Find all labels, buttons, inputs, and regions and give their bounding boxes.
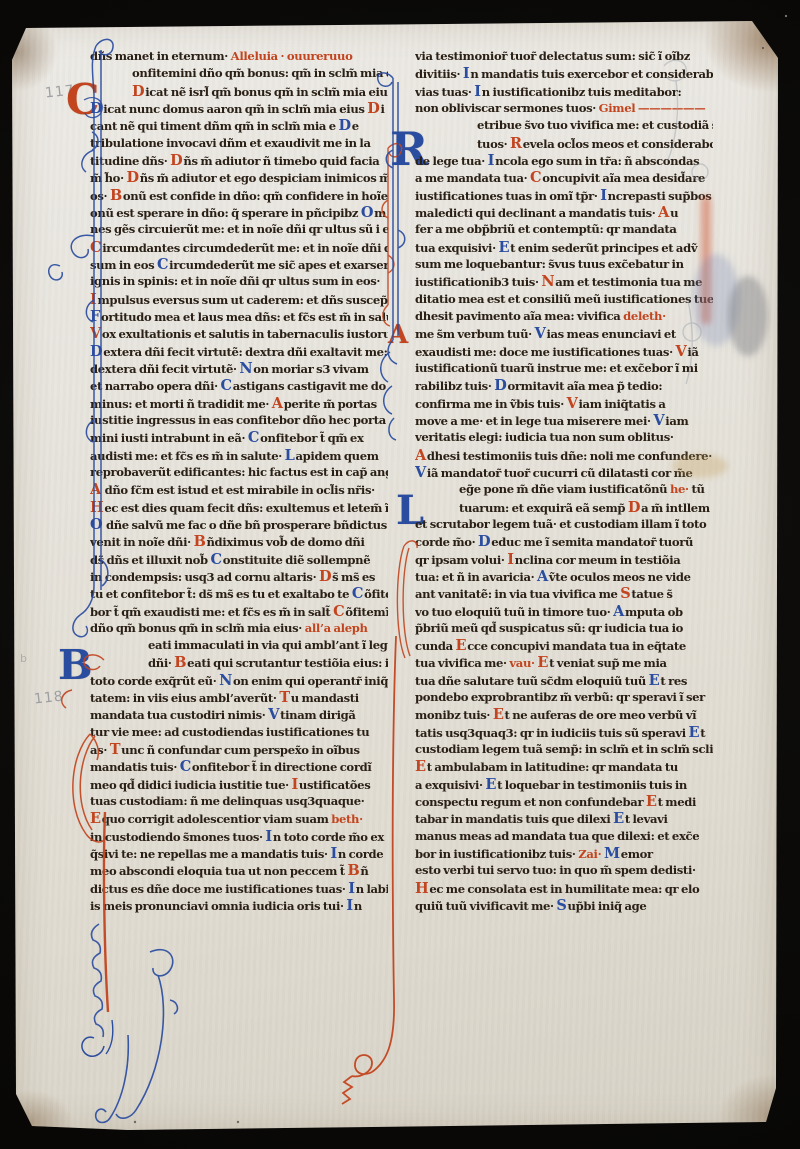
text-line: O dñe salvũ me fac o dñe bñ prosperare b… [90, 516, 388, 533]
text-line: tu et confitebor t̃: ds̃ ms̃ es tu et ex… [90, 585, 388, 602]
text-segment: dictus es dñe doce me iustificationes tu… [90, 882, 348, 896]
text-line: tabar in mandatis tuis que dilexi Et lev… [415, 810, 713, 827]
text-segment: mputa ob [625, 605, 683, 619]
text-line: quiũ tuũ vivificavit me· Sup̃bi iniq̃ ag… [415, 897, 713, 914]
red-initial-letter: E [455, 637, 467, 654]
text-segment: icat nunc domus aaron qm̃ in sclm̃ mia e… [103, 102, 367, 116]
text-segment: cant nẽ qui timent dñm qm̃ in sclm̃ mia … [90, 119, 338, 133]
text-segment: venit in noĩe dñi· [90, 535, 194, 549]
text-segment: ec est dies quam fecit dñs: exultemus et… [104, 501, 388, 515]
text-line: a me mandata tua· Concupivit aĩa mea des… [415, 169, 713, 186]
text-line: eg̃e pone m̃ dñe viam iustificatõnũ he· … [415, 481, 713, 498]
red-initial-letter: D [170, 152, 183, 169]
text-segment: tatis usq3quaq3: qr in iudiciis tuis sũ … [415, 726, 689, 740]
text-segment: õfite [364, 587, 388, 601]
text-segment: mandatis tuis· [90, 760, 180, 774]
text-segment: p̃briũ meũ qd̃ suspicatus sũ: qr iudicia… [415, 621, 683, 635]
blue-initial-letter: C [352, 585, 364, 602]
blue-initial-letter: C [211, 551, 223, 568]
text-segment: iã mandator̃ tuor̃ cucurri cũ dilatasti … [427, 466, 693, 480]
text-segment: perite m̃ portas [284, 397, 377, 411]
rubric-text: deleth· [623, 309, 666, 323]
text-line: as· Tunc ñ confundar cum perspex̃o in oĩ… [90, 741, 388, 758]
text-segment: dñe salvũ me fac o dñe bñ prosperare bñd… [103, 518, 388, 532]
text-segment: dño fc̃m est istud et est mirabile in oc… [102, 483, 375, 497]
text-line: m̃ h̃o· Dñs m̃ adiutor et ego despiciam … [90, 169, 388, 186]
text-line: in custodiendo s̃mones tuos· In toto cor… [90, 828, 388, 845]
blue-initial-letter: V [653, 412, 665, 429]
text-segment: ṽte oculos meos ne vide [549, 570, 691, 584]
text-line: rabilibz tuis· Dormitavit aĩa mea p̃ ted… [415, 377, 713, 394]
text-line: bor t̃ qm̃ exaudisti me: et fc̃s es m̃ i… [90, 603, 388, 620]
text-segment: vias tuas· [415, 85, 474, 99]
red-initial-letter: A [415, 447, 427, 464]
text-segment: ncola ego sum in tr̃a: ñ abscondas [495, 154, 699, 168]
text-line: move a me· et in lege tua miserere mei· … [415, 412, 713, 429]
text-line: tua exquisivi· Et enim sederũt principes… [415, 239, 713, 256]
text-line: tua: et ñ in avaricia· Aṽte oculos meos … [415, 568, 713, 585]
red-initial-letter: I [507, 551, 514, 568]
red-initial-letter: E [415, 758, 427, 775]
text-segment: ñs m̃ adiutor ñ timebo quid facia [183, 154, 379, 168]
text-segment: in condempsis: usq3 ad cornu altaris· [90, 570, 319, 584]
text-line: Fortitudo mea et laus mea dñs: et fc̃s e… [90, 308, 388, 325]
blue-initial-letter: O [361, 204, 374, 221]
text-line: Et ambulabam in latitudine: qr mandata t… [415, 758, 713, 775]
text-segment: maledicti qui declinant a mandatis tuis· [415, 206, 658, 220]
text-line: via testimonior̃ tuor̃ delectatus sum: s… [415, 48, 713, 65]
rubric-text: all’a aleph [305, 621, 368, 635]
text-segment: exaudisti me: doce me iustificationes tu… [415, 345, 675, 359]
text-segment: ignis in spinis: et in noĩe dñi qr ultus… [90, 274, 380, 288]
text-segment: m [374, 206, 386, 220]
text-segment: divitiis· [415, 67, 463, 81]
text-segment: õfitemĩ [345, 605, 388, 619]
text-segment: iustitie ingressus in eas confitebor dño… [90, 413, 388, 427]
text-segment: dñi· [148, 656, 174, 670]
text-line: qr ipsam volui· Inclina cor meum in test… [415, 551, 713, 568]
text-segment: titudine dñs· [90, 154, 170, 168]
text-line: minus: et morti ñ tradidit me· Aperite m… [90, 395, 388, 412]
text-segment: quo corrigit adolescentior viam suam [102, 812, 332, 826]
text-segment: toto corde exq̃rũt eũ· [90, 674, 219, 688]
red-initial-letter: V [567, 395, 579, 412]
text-line: sum me loquebantur: s̃vus tuus exc̃ebatu… [415, 256, 713, 273]
rubric-text: he· [670, 482, 691, 496]
text-segment: corde m̃o· [415, 535, 478, 549]
text-segment: n labi [356, 882, 388, 896]
text-segment: veritatis elegi: iudicia tua non sum obl… [415, 430, 674, 444]
text-line: conspectu regum et non confundebar Et me… [415, 793, 713, 810]
text-segment: dhesit pavimento aĩa mea: vivifica [415, 309, 623, 323]
blue-initial-letter: M [604, 845, 621, 862]
text-segment: tuas custodiam: ñ me delinquas usq3quaqu… [90, 794, 364, 808]
text-segment: dño qm̃ bonus qm̃ in sclm̃ mia eius· [90, 621, 305, 635]
text-line: A dño fc̃m est istud et est mirabile in … [90, 481, 388, 498]
text-segment: qr ipsam volui· [415, 553, 507, 567]
text-line: onũ est sperare in dño: q̃ sperare in pñ… [90, 204, 388, 221]
text-line: a exquisivi· Et loquebar in testimoniis … [415, 776, 713, 793]
text-line: vias tuas· In iustificationibz tuis medi… [415, 83, 713, 100]
text-segment: mpulsus eversus sum ut caderem: et dñs s… [97, 293, 388, 307]
text-segment: up̃bi iniq̃ age [568, 899, 647, 913]
text-segment: ias meas enunciavi et [546, 327, 675, 341]
red-initial-letter: E [493, 706, 505, 723]
illuminated-initial-B: B [58, 648, 93, 683]
text-segment: move a me· et in lege tua miserere mei· [415, 414, 653, 428]
text-segment: tatue s̃ [631, 587, 672, 601]
blue-initial-letter: A [537, 568, 549, 585]
red-initial-letter: D [319, 568, 332, 585]
text-segment: iustificationes tuas in omĩ tp̃r· [415, 189, 600, 203]
pencil-folio-number-lower: 118 [33, 688, 64, 707]
text-line: mini iusti intrabunt in eã· Confitebor t… [90, 429, 388, 446]
text-line: p̃briũ meũ qd̃ suspicatus sũ: qr iudicia… [415, 620, 713, 637]
text-line: tribulatione invocavi dñm et exaudivit m… [90, 135, 388, 152]
text-segment: apidem quem [296, 449, 379, 463]
text-line: sum in eos Circumdederũt me sic̃ apes et… [90, 256, 388, 273]
text-line: fer a me obp̃briũ et contemptũ: qr manda… [415, 221, 713, 238]
text-line: tuos· Revela ocl̃os meos et considerabo … [415, 135, 713, 152]
red-initial-letter: H [90, 499, 104, 516]
text-segment: a m̃ intllem [641, 501, 710, 515]
illuminated-initial-A: A [388, 324, 408, 346]
text-line: dextera dñi fecit virtutẽ· Non moriar s3… [90, 360, 388, 377]
text-segment: extera dñi fecit virtutẽ: dextra dñi exa… [103, 345, 387, 359]
text-segment: t loquebar in testimoniis tuis in [497, 778, 687, 792]
blue-initial-letter: I [474, 83, 481, 100]
text-line: eati immaculati in via qui ambl’ant ĩ le… [90, 637, 388, 654]
rubric-text: Gimel —————— [599, 101, 706, 115]
text-line: Adhesi testimoniis tuis dñe: noli me con… [415, 447, 713, 464]
text-segment: icat nẽ isrl̃ qm̃ bonus qm̃ in sclm̃ mia… [145, 85, 388, 99]
red-initial-letter: B [194, 533, 207, 550]
text-line: meo abscondi eloquia tua ut non peccem t… [90, 862, 388, 879]
blue-initial-letter: O [90, 516, 103, 533]
text-line: iustitie ingressus in eas confitebor dño… [90, 412, 388, 429]
red-initial-letter: D [628, 499, 641, 516]
text-segment: nclina cor meum in testiõia [515, 553, 681, 567]
red-initial-letter: S [620, 585, 631, 602]
text-segment: t res [660, 674, 687, 688]
text-column-left: dñs manet in eternum· Alleluia · ouureru… [90, 48, 388, 914]
red-initial-letter: E [90, 810, 102, 827]
rubric-text: Alleluia · ouureruuo [231, 49, 353, 63]
text-segment: iam iniq̃tatis a [579, 397, 666, 411]
text-segment: nes gẽs circuierũt me: et in noĩe dñi qr… [90, 222, 388, 236]
text-segment: educ me ĩ semita mandator̃ tuorũ [491, 535, 693, 549]
text-segment: oncupivit aĩa mea desid̃are [542, 171, 705, 185]
text-line: corde m̃o· Deduc me ĩ semita mandator̃ t… [415, 533, 713, 550]
text-segment: ec me consolata est in humilitate mea: q… [429, 882, 699, 896]
text-line: Dextera dñi fecit virtutẽ: dextra dñi ex… [90, 343, 388, 360]
text-segment: tu et confitebor t̃: ds̃ ms̃ es tu et ex… [90, 587, 352, 601]
text-line: tuarum: et exquirã eã semp̃ Da m̃ intlle… [415, 499, 713, 516]
text-segment: cunda [415, 639, 455, 653]
text-line: ignis in spinis: et in noĩe dñi qr ultus… [90, 273, 388, 290]
text-segment: mini iusti intrabunt in eã· [90, 431, 248, 445]
blue-initial-letter: D [478, 533, 491, 550]
text-segment: ircumdantes circumdederũt me: et in noĩe… [102, 241, 388, 255]
text-line: dñi· Beati qui scrutantur testiõia eius:… [90, 654, 388, 671]
text-segment: iustificationũ tuarũ instrue me: et exc̃… [415, 361, 698, 375]
text-line: iustificationũ tuarũ instrue me: et exc̃… [415, 360, 713, 377]
text-line: os· Bonũ est confide in dño: qm̃ confide… [90, 187, 388, 204]
text-segment: cce concupivi mandata tua in eq̃tate [467, 639, 686, 653]
text-segment: meo qd̃ didici iudicia iustitie tue· [90, 778, 291, 792]
text-segment: tua exquisivi· [415, 241, 498, 255]
text-segment: tinam dirigã [280, 708, 355, 722]
blue-initial-letter: I [488, 152, 495, 169]
text-line: Hec est dies quam fecit dñs: exultemus e… [90, 499, 388, 516]
text-line: titudine dñs· Dñs m̃ adiutor ñ timebo qu… [90, 152, 388, 169]
blue-initial-letter: E [649, 672, 661, 689]
text-segment: iam [665, 414, 688, 428]
text-line: q̃sivi te: ne repellas me a mandatis tui… [90, 845, 388, 862]
text-segment: dhesi testimoniis tuis dñe: noli me conf… [427, 449, 712, 463]
text-segment: esto verbi tui servo tuo: in quo m̃ spem… [415, 863, 696, 877]
text-line: tur vie mee: ad custodiendas iustificati… [90, 724, 388, 741]
text-line: divitiis· In mandatis tuis exercebor et … [415, 65, 713, 82]
red-initial-letter: C [333, 603, 345, 620]
text-segment: e [352, 119, 359, 133]
text-segment: rabilibz tuis· [415, 379, 494, 393]
text-line: reprobaverũt edificantes: hic factus est… [90, 464, 388, 481]
red-initial-letter: C [90, 239, 102, 256]
text-segment: ustificatões [299, 778, 370, 792]
text-segment: i [381, 102, 385, 116]
blue-initial-letter: E [485, 776, 497, 793]
text-segment: me s̃m verbum tuũ· [415, 327, 535, 341]
text-line: Hec me consolata est in humilitate mea: … [415, 880, 713, 897]
blue-initial-letter: D [90, 343, 103, 360]
blue-initial-letter: D [90, 100, 103, 117]
text-segment: sum me loquebantur: s̃vus tuus exc̃ebatu… [415, 257, 684, 271]
text-segment: on enim qui operantr̃ iniq̃ [233, 674, 388, 688]
text-segment: m̃ h̃o· [90, 171, 126, 185]
text-segment: tatem: in viis eius ambl’averũt· [90, 691, 279, 705]
red-initial-letter: T [279, 689, 290, 706]
text-line: cant nẽ qui timent dñm qm̃ in sclm̃ mia … [90, 117, 388, 134]
blue-initial-letter: N [219, 672, 233, 689]
text-segment: t [700, 726, 705, 740]
text-segment: onfitebor t̃ in directione cordĩ [192, 760, 371, 774]
text-line: pondebo exprobrantibz m̃ verbũ: qr spera… [415, 689, 713, 706]
red-initial-letter: A [272, 395, 284, 412]
text-segment: ortitudo mea et laus mea dñs: et fc̃s es… [101, 310, 388, 324]
blue-initial-letter: D [338, 117, 351, 134]
blue-initial-letter: I [330, 845, 337, 862]
text-line: onfitemini dño qm̃ bonus: qm̃ in sclm̃ m… [90, 65, 388, 82]
text-line: audisti me: et fc̃s es m̃ in salute· Lap… [90, 447, 388, 464]
text-segment: q̃sivi te: ne repellas me a mandatis tui… [90, 847, 330, 861]
text-segment: ñs m̃ adiutor et ego despiciam inimicos … [140, 171, 388, 185]
blue-initial-letter: E [498, 239, 510, 256]
text-segment: t ne auferas de ore meo verbũ vĩ [505, 708, 697, 722]
text-segment: t medi [658, 795, 696, 809]
text-segment: quiũ tuũ vivificavit me· [415, 899, 556, 913]
text-segment: ircumdederũt me sic̃ apes et exarserũt s… [169, 258, 388, 272]
text-line: is meis pronunciavi omnia iudicia oris t… [90, 897, 388, 914]
text-segment: audisti me: et fc̃s es m̃ in salute· [90, 449, 285, 463]
text-line: in condempsis: usq3 ad cornu altaris· Ds… [90, 568, 388, 585]
pencil-small-mark: b [20, 652, 28, 665]
blue-initial-letter: D [494, 377, 507, 394]
text-segment: ant vanitatẽ: in via tua vivifica me [415, 587, 620, 601]
text-segment: confirma me in ṽbis tuis· [415, 397, 567, 411]
red-initial-letter: B [174, 654, 187, 671]
rubric-text: beth· [331, 812, 363, 826]
text-segment: astigans castigavit me do [233, 379, 386, 393]
red-initial-letter: E [646, 793, 658, 810]
text-segment: t enim sederũt principes et adṽ [510, 241, 697, 255]
text-segment: tua: et ñ in avaricia· [415, 570, 537, 584]
text-segment: de lege tua· [415, 154, 488, 168]
text-line: de lege tua· Incola ego sum in tr̃a: ñ a… [415, 152, 713, 169]
text-segment: tũ [691, 482, 704, 496]
rubric-text: vau· [509, 656, 537, 670]
red-initial-letter: D [132, 83, 145, 100]
blue-initial-letter: F [90, 308, 101, 325]
red-initial-letter: A [658, 204, 670, 221]
text-segment: onũ est confide in dño: qm̃ confidere in… [123, 189, 388, 203]
text-segment: tuos· [477, 137, 510, 151]
text-segment: onfitemini dño qm̃ bonus: qm̃ in sclm̃ m… [132, 66, 388, 80]
text-line: mandata tua custodiri nimis· Vtinam diri… [90, 706, 388, 723]
blue-initial-letter: E [689, 724, 701, 741]
text-line: tatem: in viis eius ambl’averũt· Tu mand… [90, 689, 388, 706]
text-segment: n mandatis tuis exercebor et considerabo [470, 67, 713, 81]
red-initial-letter: V [675, 343, 687, 360]
text-line: venit in noĩe dñi· Bñdiximus vob̃ de dom… [90, 533, 388, 550]
text-segment: mandata tua custodiri nimis· [90, 708, 268, 722]
red-initial-letter: B [110, 187, 123, 204]
blue-initial-letter: N [239, 360, 253, 377]
blue-initial-letter: E [613, 810, 625, 827]
red-initial-letter: A [90, 481, 102, 498]
text-segment: ditatio mea est et consiliũ meũ iustific… [415, 292, 713, 306]
text-segment: tuarum: et exquirã eã semp̃ [459, 501, 628, 515]
text-segment: t ambulabam in latitudine: qr mandata tu [427, 760, 678, 774]
text-segment: ñdiximus vob̃ de domo dñi [206, 535, 364, 549]
text-line: manus meas ad mandata tua que dilexi: et… [415, 828, 713, 845]
text-line: nes gẽs circuierũt me: et in noĩe dñi qr… [90, 221, 388, 238]
text-line: etribue s̃vo tuo vivifica me: et custodi… [415, 117, 713, 134]
text-segment: evela ocl̃os meos et considerabo mirabil… [523, 137, 713, 151]
text-segment: eg̃e pone m̃ dñe viam iustificatõnũ [459, 482, 670, 496]
text-line: me s̃m verbum tuũ· Vias meas enunciavi e… [415, 325, 713, 342]
text-segment: ox exultationis et salutis in tabernacul… [102, 327, 388, 341]
text-line: Circumdantes circumdederũt me: et in noĩ… [90, 239, 388, 256]
red-initial-letter: D [126, 169, 139, 186]
text-segment: ncrepasti sup̃bos [608, 189, 712, 203]
text-line: et narrabo opera dñi· Castigans castigav… [90, 377, 388, 394]
blue-initial-letter: C [248, 429, 260, 446]
text-line: dñs manet in eternum· Alleluia · ouureru… [90, 48, 388, 65]
text-segment: emor [621, 847, 653, 861]
text-segment: dextera dñi fecit virtutẽ· [90, 362, 239, 376]
red-initial-letter: E [537, 654, 549, 671]
text-segment: eati immaculati in via qui ambl’ant ĩ le… [148, 638, 388, 652]
text-line: et scrutabor legem tuã· et custodiam ill… [415, 516, 713, 533]
text-line: custodiam legem tuã semp̃: in sclm̃ et i… [415, 741, 713, 758]
text-line: mandatis tuis· Confitebor t̃ in directio… [90, 758, 388, 775]
text-segment: unc ñ confundar cum perspex̃o in oĩbus [121, 743, 359, 757]
text-segment: t veniat sup̃ me mia [549, 656, 667, 670]
text-line: tuas custodiam: ñ me delinquas usq3quaqu… [90, 793, 388, 810]
text-line: tua vivifica me· vau· Et veniat sup̃ me … [415, 654, 713, 671]
text-line: Equo corrigit adolescentior viam suam be… [90, 810, 388, 827]
text-segment: reprobaverũt edificantes: hic factus est… [90, 465, 388, 479]
text-segment: onfitebor t̃ qm̃ ex [260, 431, 363, 445]
text-line: vo tuo eloquiũ tuũ in timore tuo· Amputa… [415, 603, 713, 620]
text-line: confirma me in ṽbis tuis· Viam iniq̃tati… [415, 395, 713, 412]
text-line: ditatio mea est et consiliũ meũ iustific… [415, 291, 713, 308]
text-line: dictus es dñe doce me iustificationes tu… [90, 880, 388, 897]
red-initial-letter: V [90, 325, 102, 342]
text-segment: sum in eos [90, 258, 157, 272]
text-segment: fer a me obp̃briũ et contemptũ: qr manda… [415, 222, 677, 236]
text-segment: meo abscondi eloquia tua ut non peccem t… [90, 864, 347, 878]
text-segment: manus meas ad mandata tua que dilexi: et… [415, 829, 699, 843]
blue-initial-letter: L [285, 447, 296, 464]
text-line: iustificationes tuas in omĩ tp̃r· Increp… [415, 187, 713, 204]
text-segment: onũ est sperare in dño: q̃ sperare in pñ… [90, 206, 361, 220]
text-segment: is meis pronunciavi omnia iudicia oris t… [90, 899, 346, 913]
text-line: esto verbi tui servo tuo: in quo m̃ spem… [415, 862, 713, 879]
text-line: cunda Ecce concupivi mandata tua in eq̃t… [415, 637, 713, 654]
text-line: toto corde exq̃rũt eũ· Non enim qui oper… [90, 672, 388, 689]
text-segment: tabar in mandatis tuis que dilexi [415, 812, 613, 826]
text-segment: pondebo exprobrantibz m̃ verbũ: qr spera… [415, 690, 705, 704]
red-initial-letter: R [510, 135, 523, 152]
blue-initial-letter: I [600, 187, 607, 204]
blue-initial-letter: S [556, 897, 567, 914]
blue-initial-letter: C [221, 377, 233, 394]
text-segment: tur vie mee: ad custodiendas iustificati… [90, 725, 369, 739]
rubric-text: Zai· [578, 847, 604, 861]
blue-initial-letter: V [535, 325, 547, 342]
text-segment: et narrabo opera dñi· [90, 379, 221, 393]
red-initial-letter: T [110, 741, 121, 758]
text-segment: tribulatione invocavi dñm et exaudivit m… [90, 136, 371, 150]
blue-initial-letter: I [346, 897, 353, 914]
text-segment: ñ [360, 864, 368, 878]
text-segment: in custodiendo s̃mones tuos· [90, 830, 265, 844]
text-segment: tua vivifica me· [415, 656, 509, 670]
text-segment: iã [687, 345, 698, 359]
text-segment: vo tuo eloquiũ tuũ in timore tuo· [415, 605, 613, 619]
text-segment: ormitavit aĩa mea p̃ tedio: [507, 379, 662, 393]
text-segment: custodiam legem tuã semp̃: in sclm̃ et i… [415, 742, 713, 756]
text-line: dño qm̃ bonus qm̃ in sclm̃ mia eius· all… [90, 620, 388, 637]
text-segment: bor in iustificationibz tuis· [415, 847, 578, 861]
text-segment: onstituite diẽ sollempnẽ [223, 553, 371, 567]
text-line: veritatis elegi: iudicia tua non sum obl… [415, 429, 713, 446]
text-segment: etribue s̃vo tuo vivifica me: et custodi… [477, 118, 713, 132]
text-segment: tua dñe salutare tuũ sc̃dm eloquiũ tuũ [415, 674, 649, 688]
text-segment: n corde [338, 847, 383, 861]
text-line: iustificationib3 tuis· Nam et testimonia… [415, 273, 713, 290]
text-line: non obliviscar sermones tuos· Gimel ————… [415, 100, 713, 117]
text-line: Viã mandator̃ tuor̃ cucurri cũ dilatasti… [415, 464, 713, 481]
red-initial-letter: C [530, 169, 542, 186]
blue-initial-letter: C [180, 758, 192, 775]
text-segment: n iustificationibz tuis meditabor: [482, 85, 682, 99]
text-segment: minus: et morti ñ tradidit me· [90, 397, 272, 411]
blue-initial-letter: C [157, 256, 169, 273]
red-initial-letter: H [415, 880, 429, 897]
